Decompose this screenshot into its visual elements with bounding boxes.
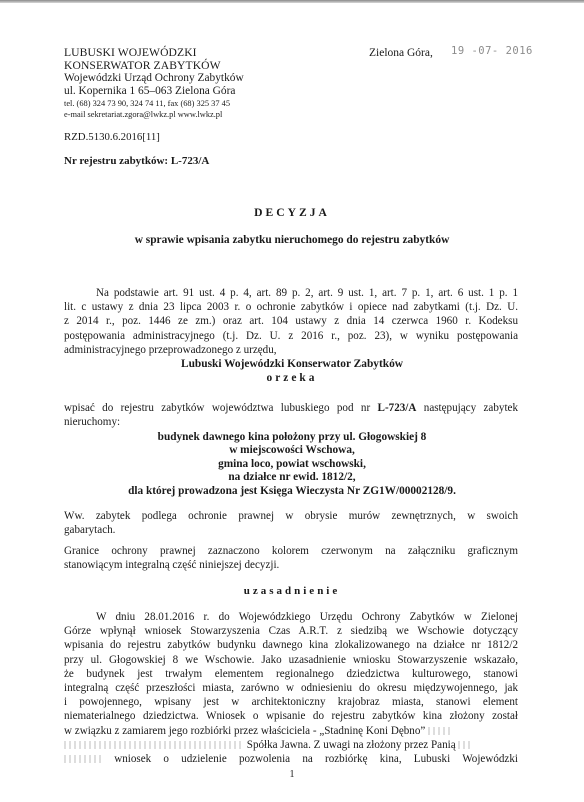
monument-line: gmina loco, powiat wschowski, (0, 458, 584, 471)
protection-line: gabarytach. (64, 523, 518, 537)
institution-name-line1: LUBUSKI WOJEWÓDZKI (64, 46, 197, 59)
ruling-line: wpisać do rejestru zabytków województwa … (64, 401, 518, 415)
justification-heading: uzasadnienie (0, 585, 584, 597)
redaction-mark (64, 755, 102, 763)
justification-line: integralną część przeszłości miasta, zar… (64, 681, 518, 695)
ruling-paragraph: wpisać do rejestru zabytków województwa … (64, 401, 518, 429)
justification-line: przy ul. Głogowskiej 8 we Wschowie. Jako… (64, 653, 518, 667)
justification-paragraph: W dniu 28.01.2016 r. do Wojewódzkiego Ur… (64, 610, 518, 766)
justification-line: W dniu 28.01.2016 r. do Wojewódzkiego Ur… (64, 610, 518, 624)
legal-basis-line: Na podstawie art. 91 ust. 4 p. 4, art. 8… (64, 286, 518, 300)
redaction-mark (64, 741, 244, 749)
justification-line: niematerialnego dziedzictwa. Wniosek o w… (64, 709, 518, 723)
monument-description: budynek dawnego kina położony przy ul. G… (0, 431, 584, 498)
legal-basis-line: z 2014 r., poz. 1446 ze zm.) oraz art. 1… (64, 314, 518, 328)
monument-line: na działce nr ewid. 1812/2, (0, 471, 584, 484)
protection-line: Ww. zabytek podlega ochronie prawnej w o… (64, 509, 518, 523)
case-signature: RZD.5130.6.2016[11] (64, 131, 160, 143)
justification-line: w związku z zamiarem jego rozbiórki prze… (64, 724, 518, 738)
justification-line: że budynek jest trwałym elementem region… (64, 667, 518, 681)
page-number: 1 (0, 769, 584, 780)
legal-basis-paragraph: Na podstawie art. 91 ust. 4 p. 4, art. 8… (64, 286, 518, 357)
boundaries-line: Granice ochrony prawnej zaznaczono kolor… (64, 544, 518, 558)
legal-basis-line: postępowania administracyjnego (t.j. Dz.… (64, 329, 518, 343)
register-number: Nr rejestru zabytków: L-723/A (64, 155, 209, 167)
office-address: ul. Kopernika 1 65–063 Zielona Góra (64, 85, 235, 98)
protection-paragraph: Ww. zabytek podlega ochronie prawnej w o… (64, 509, 518, 537)
authority-name: Lubuski Wojewódzki Konserwator Zabytków (0, 358, 584, 370)
office-phone: tel. (68) 324 73 90, 324 74 11, fax (68)… (64, 98, 230, 109)
justification-line: i powojennego, wpisany jest w architekto… (64, 695, 518, 709)
justification-line: wniosek o udzielenie pozwolenia na rozbi… (64, 752, 518, 766)
boundaries-line: stanowiącym integralną część niniejszej … (64, 558, 518, 572)
boundaries-paragraph: Granice ochrony prawnej zaznaczono kolor… (64, 544, 518, 572)
ruling-register-number: L-723/A (378, 402, 417, 414)
scan-top-edge (0, 0, 584, 3)
place-label: Zielona Góra, (369, 47, 433, 59)
redaction-mark (428, 727, 452, 735)
monument-line: dla której prowadzona jest Księga Wieczy… (0, 485, 584, 498)
redaction-mark (458, 741, 472, 749)
office-contact: e-mail sekretariat.zgora@lwkz.pl www.lwk… (64, 109, 222, 120)
legal-basis-line: administracyjnego przeprowadzonego z urz… (64, 343, 518, 357)
justification-line: Spółka Jawna. Z uwagi na złożony przez P… (64, 738, 518, 752)
ruling-line: nieruchomy: (64, 415, 518, 429)
monument-line: budynek dawnego kina położony przy ul. G… (0, 431, 584, 444)
monument-line: w miejscowości Wschowa, (0, 444, 584, 457)
verdict-word: orzeka (0, 372, 584, 384)
office-name: Wojewódzki Urząd Ochrony Zabytków (64, 72, 244, 85)
institution-name-line2: KONSERWATOR ZABYTKÓW (64, 59, 221, 72)
justification-line: Górze wpłynął wniosek Stowarzyszenia Cza… (64, 624, 518, 638)
decision-title: DECYZJA (0, 206, 584, 219)
justification-line: wpisania do rejestru zabytków budynku da… (64, 638, 518, 652)
decision-subtitle: w sprawie wpisania zabytku nieruchomego … (0, 234, 584, 246)
date-stamp: 19 -07- 2016 (451, 45, 533, 57)
legal-basis-line: lit. c ustawy z dnia 23 lipca 2003 r. o … (64, 300, 518, 314)
